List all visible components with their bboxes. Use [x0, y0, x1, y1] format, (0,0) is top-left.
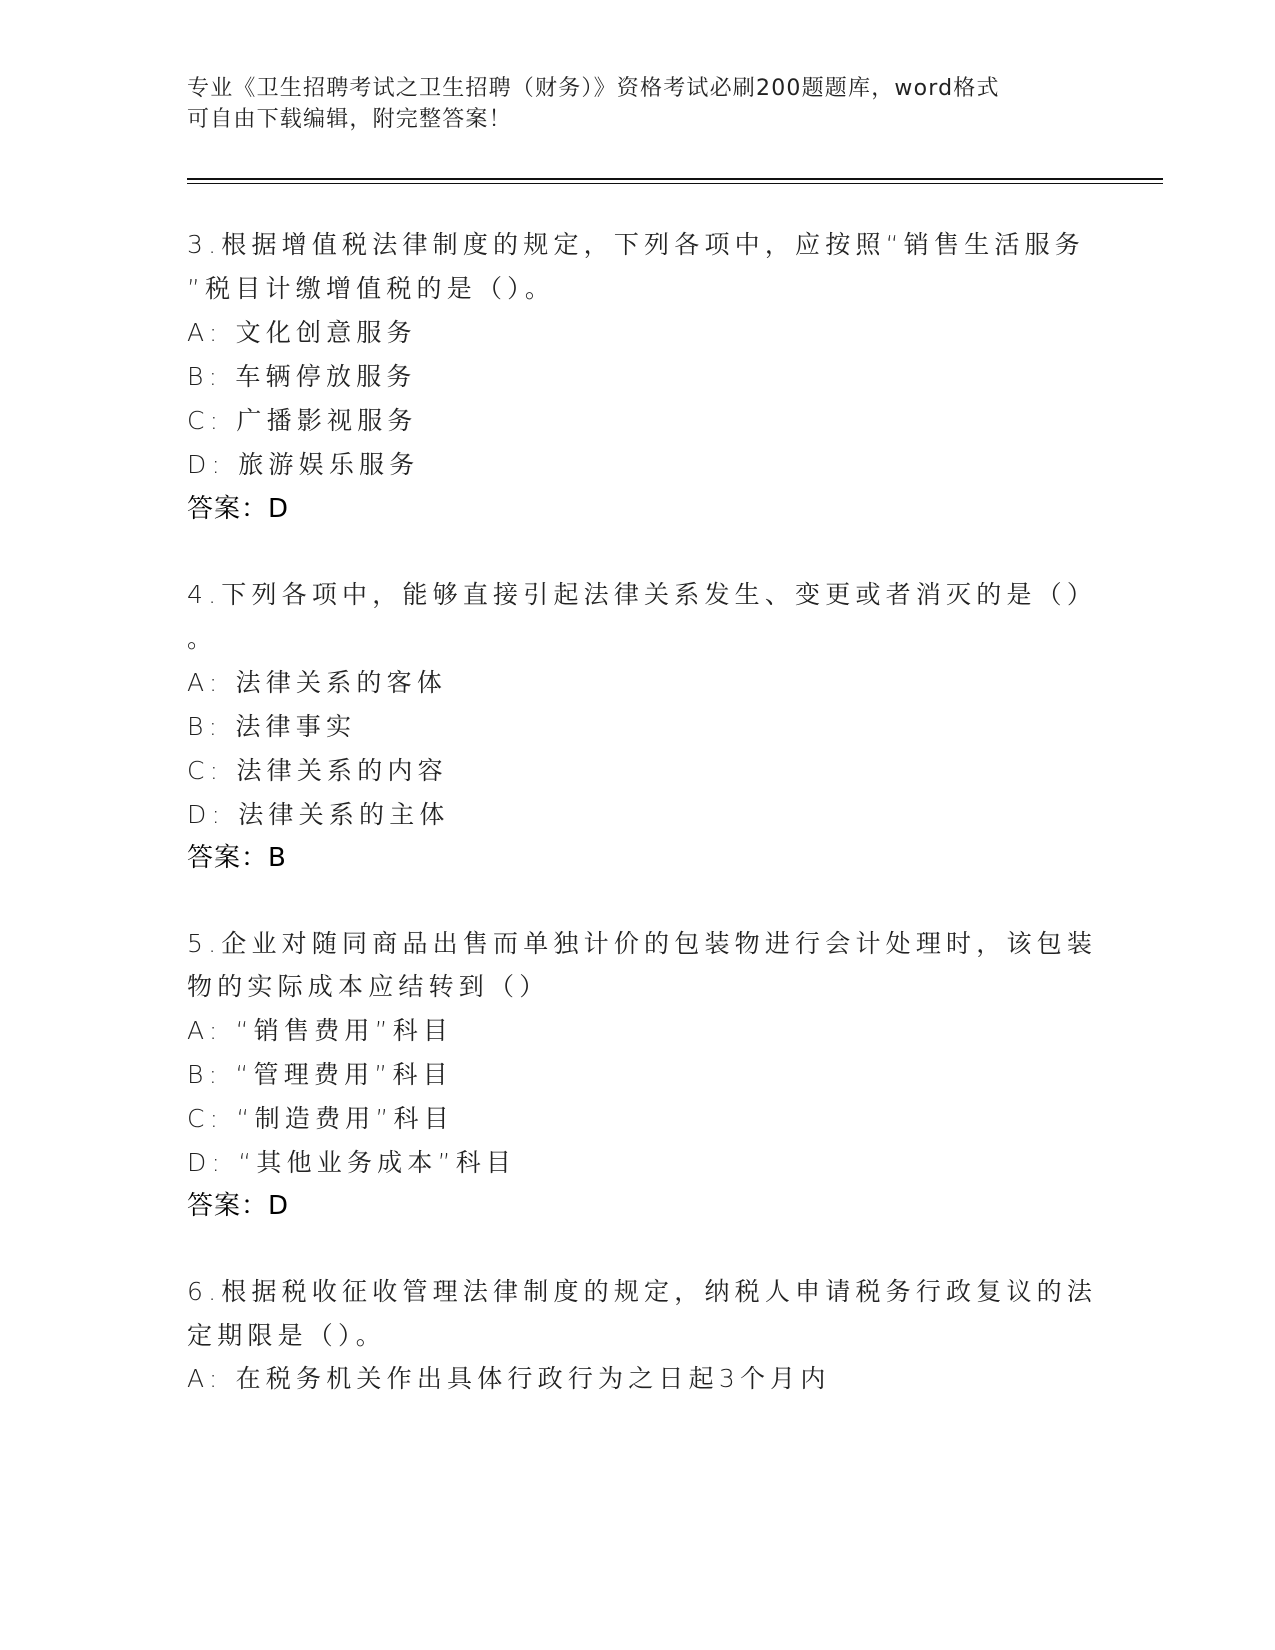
option-b: B: 车辆停放服务 [187, 362, 417, 392]
option-b: B: 法律事实 [187, 712, 356, 742]
answer-label: 答案：D [187, 1191, 289, 1221]
header-line-2: 可自由下载编辑，附完整答案！ [187, 104, 1087, 135]
option-b: B: “管理费用”科目 [187, 1060, 453, 1090]
document-page: 专业《卫生招聘考试之卫生招聘（财务）》资格考试必刷200题题库，word格式 可… [0, 0, 1275, 1650]
answer-label: 答案：D [187, 494, 289, 524]
question-stem-line: 6.根据税收征收管理法律制度的规定，纳税人申请税务行政复议的法 [187, 1277, 1097, 1307]
question-stem-line: 3.根据增值税法律制度的规定，下列各项中，应按照“销售生活服务 [187, 230, 1085, 260]
option-a: A: 文化创意服务 [187, 318, 417, 348]
header-line-1: 专业《卫生招聘考试之卫生招聘（财务）》资格考试必刷200题题库，word格式 [187, 73, 1087, 104]
option-a: A: 在税务机关作出具体行政行为之日起3个月内 [187, 1364, 831, 1394]
option-d: D: 法律关系的主体 [187, 800, 450, 830]
answer-label: 答案：B [187, 843, 287, 873]
question-stem-line: 4.下列各项中，能够直接引起法律关系发生、变更或者消灭的是（） [187, 580, 1097, 610]
question-stem-line: 5.企业对随同商品出售而单独计价的包装物进行会计处理时，该包装 [187, 929, 1097, 959]
question-stem-line: 。 [187, 624, 217, 654]
option-c: C: “制造费用”科目 [187, 1104, 454, 1134]
option-d: D: 旅游娱乐服务 [187, 450, 419, 480]
option-a: A: “销售费用”科目 [187, 1016, 453, 1046]
header-divider-thin [187, 183, 1163, 184]
question-stem-line: 物的实际成本应结转到（） [187, 972, 549, 1002]
option-c: C: 法律关系的内容 [187, 756, 448, 786]
option-d: D: “其他业务成本”科目 [187, 1148, 516, 1178]
option-a: A: 法律关系的客体 [187, 668, 447, 698]
question-stem-line: 定期限是（）。 [187, 1321, 386, 1351]
header-divider-thick [187, 178, 1163, 180]
question-stem-line: ”税目计缴增值税的是（）。 [187, 274, 555, 304]
option-c: C: 广播影视服务 [187, 406, 418, 436]
document-header: 专业《卫生招聘考试之卫生招聘（财务）》资格考试必刷200题题库，word格式 可… [187, 73, 1087, 135]
